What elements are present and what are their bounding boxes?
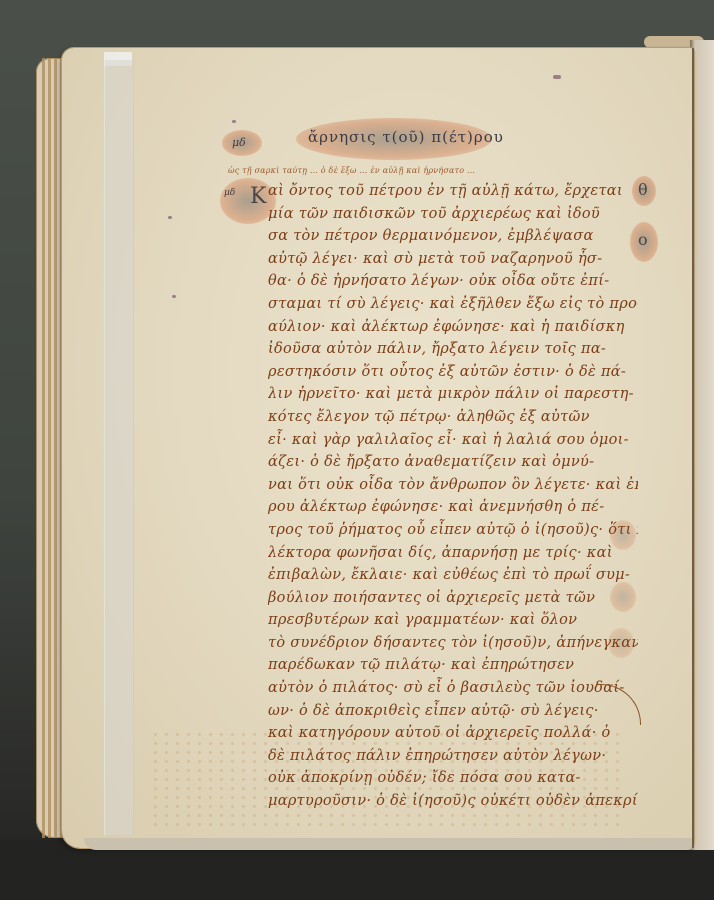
initial-letter: Κ xyxy=(250,184,266,209)
section-number: μδ xyxy=(232,136,246,149)
text-line: καὶ κατηγόρουν αὐτοῦ οἱ ἀρχιερεῖς πολλά·… xyxy=(268,722,638,745)
text-line: αὶ ὄντος τοῦ πέτρου ἐν τῇ αὐλῇ κάτω, ἔρχ… xyxy=(268,180,638,203)
page-edge xyxy=(54,58,57,838)
text-line: πρεσβυτέρων καὶ γραμματέων· καὶ ὅλον xyxy=(268,609,638,632)
text-line: τὸ συνέδριον δήσαντες τὸν ἰ(ησοῦ)ν, ἀπήν… xyxy=(268,632,638,655)
margin-mark: θ xyxy=(638,180,648,199)
text-line: εἶ· καὶ γὰρ γαλιλαῖος εἶ· καὶ ἡ λαλιά σο… xyxy=(268,429,638,452)
text-line: λέκτορα φωνῆσαι δίς, ἀπαρνήσῃ με τρίς· κ… xyxy=(268,542,638,565)
text-line: άζει· ὁ δὲ ἤρξατο ἀναθεματίζειν καὶ ὀμνύ… xyxy=(268,451,638,474)
text-line: μαρτυροῦσιν· ὁ δὲ ἰ(ησοῦ)ς οὐκέτι οὐδὲν … xyxy=(268,790,638,813)
gutter-fold-line xyxy=(692,48,694,848)
ink-speck xyxy=(553,75,561,79)
text-line: οὐκ ἀποκρίνῃ οὐδέν; ἴδε πόσα σου κατα- xyxy=(268,767,638,790)
manuscript-text-block: αὶ ὄντος τοῦ πέτρου ἐν τῇ αὐλῇ κάτω, ἔρχ… xyxy=(268,180,638,813)
text-line: ων· ὁ δὲ ἀποκριθεὶς εἶπεν αὐτῷ· σὺ λέγει… xyxy=(268,700,638,723)
ink-speck xyxy=(168,216,172,219)
text-line: ἰδοῦσα αὐτὸν πάλιν, ἤρξατο λέγειν τοῖς π… xyxy=(268,338,638,361)
text-line: αὐτῷ λέγει· καὶ σὺ μετὰ τοῦ ναζαρηνοῦ ἦσ… xyxy=(268,248,638,271)
text-line: αὐτὸν ὁ πιλάτος· σὺ εἶ ὁ βασιλεὺς τῶν ἰο… xyxy=(268,677,638,700)
text-line: ναι ὅτι οὐκ οἶδα τὸν ἄνθρωπον ὃν λέγετε·… xyxy=(268,474,638,497)
page-edge xyxy=(48,58,51,838)
rubric-title: ἄρνησις τ(οῦ) π(έτ)ρου xyxy=(308,128,504,146)
text-line: σα τὸν πέτρον θερμαινόμενον, ἐμβλέψασα xyxy=(268,225,638,248)
initial-marker: μδ xyxy=(224,188,235,198)
text-line: ρου ἀλέκτωρ ἐφώνησε· καὶ ἀνεμνήσθη ὁ πέ- xyxy=(268,496,638,519)
text-line: κότες ἔλεγον τῷ πέτρῳ· ἀληθῶς ἐξ αὐτῶν xyxy=(268,406,638,429)
text-line: μία τῶν παιδισκῶν τοῦ ἀρχιερέως καὶ ἰδοῦ xyxy=(268,203,638,226)
ink-speck xyxy=(172,295,176,298)
leaf-bottom-edge xyxy=(84,838,694,850)
text-line: θα· ὁ δὲ ἠρνήσατο λέγων· οὐκ οἶδα οὔτε ἐ… xyxy=(268,270,638,293)
text-line: τρος τοῦ ῥήματος οὗ εἶπεν αὐτῷ ὁ ἰ(ησοῦ)… xyxy=(268,519,638,542)
repair-tape-strip xyxy=(104,60,134,835)
text-line: λιν ἠρνεῖτο· καὶ μετὰ μικρὸν πάλιν οἱ πα… xyxy=(268,383,638,406)
text-line: δὲ πιλάτος πάλιν ἐπηρώτησεν αὐτὸν λέγων· xyxy=(268,745,638,768)
manuscript-photo: μδ ἄρνησις τ(οῦ) π(έτ)ρου ὡς τῇ σαρκὶ τα… xyxy=(0,0,714,900)
text-line: ἐπιβαλὼν, ἔκλαιε· καὶ εὐθέως ἐπὶ τὸ πρωΐ… xyxy=(268,564,638,587)
ink-speck xyxy=(232,120,236,123)
page-edge xyxy=(42,58,45,838)
text-line: σταμαι τί σὺ λέγεις· καὶ ἐξῆλθεν ἔξω εἰς… xyxy=(268,293,638,316)
text-line: ρεστηκόσιν ὅτι οὗτος ἐξ αὐτῶν ἐστιν· ὁ δ… xyxy=(268,361,638,384)
margin-mark: ο xyxy=(638,230,648,249)
interlinear-gloss: ὡς τῇ σαρκὶ ταύτῃ … ὁ δὲ ἔξω … ἐν αὐλῇ κ… xyxy=(228,166,638,175)
text-line: αύλιον· καὶ ἀλέκτωρ ἐφώνησε· καὶ ἡ παιδί… xyxy=(268,316,638,339)
text-line: παρέδωκαν τῷ πιλάτῳ· καὶ ἐπηρώτησεν xyxy=(268,654,638,677)
text-line: βούλιον ποιήσαντες οἱ ἀρχιερεῖς μετὰ τῶν xyxy=(268,587,638,610)
